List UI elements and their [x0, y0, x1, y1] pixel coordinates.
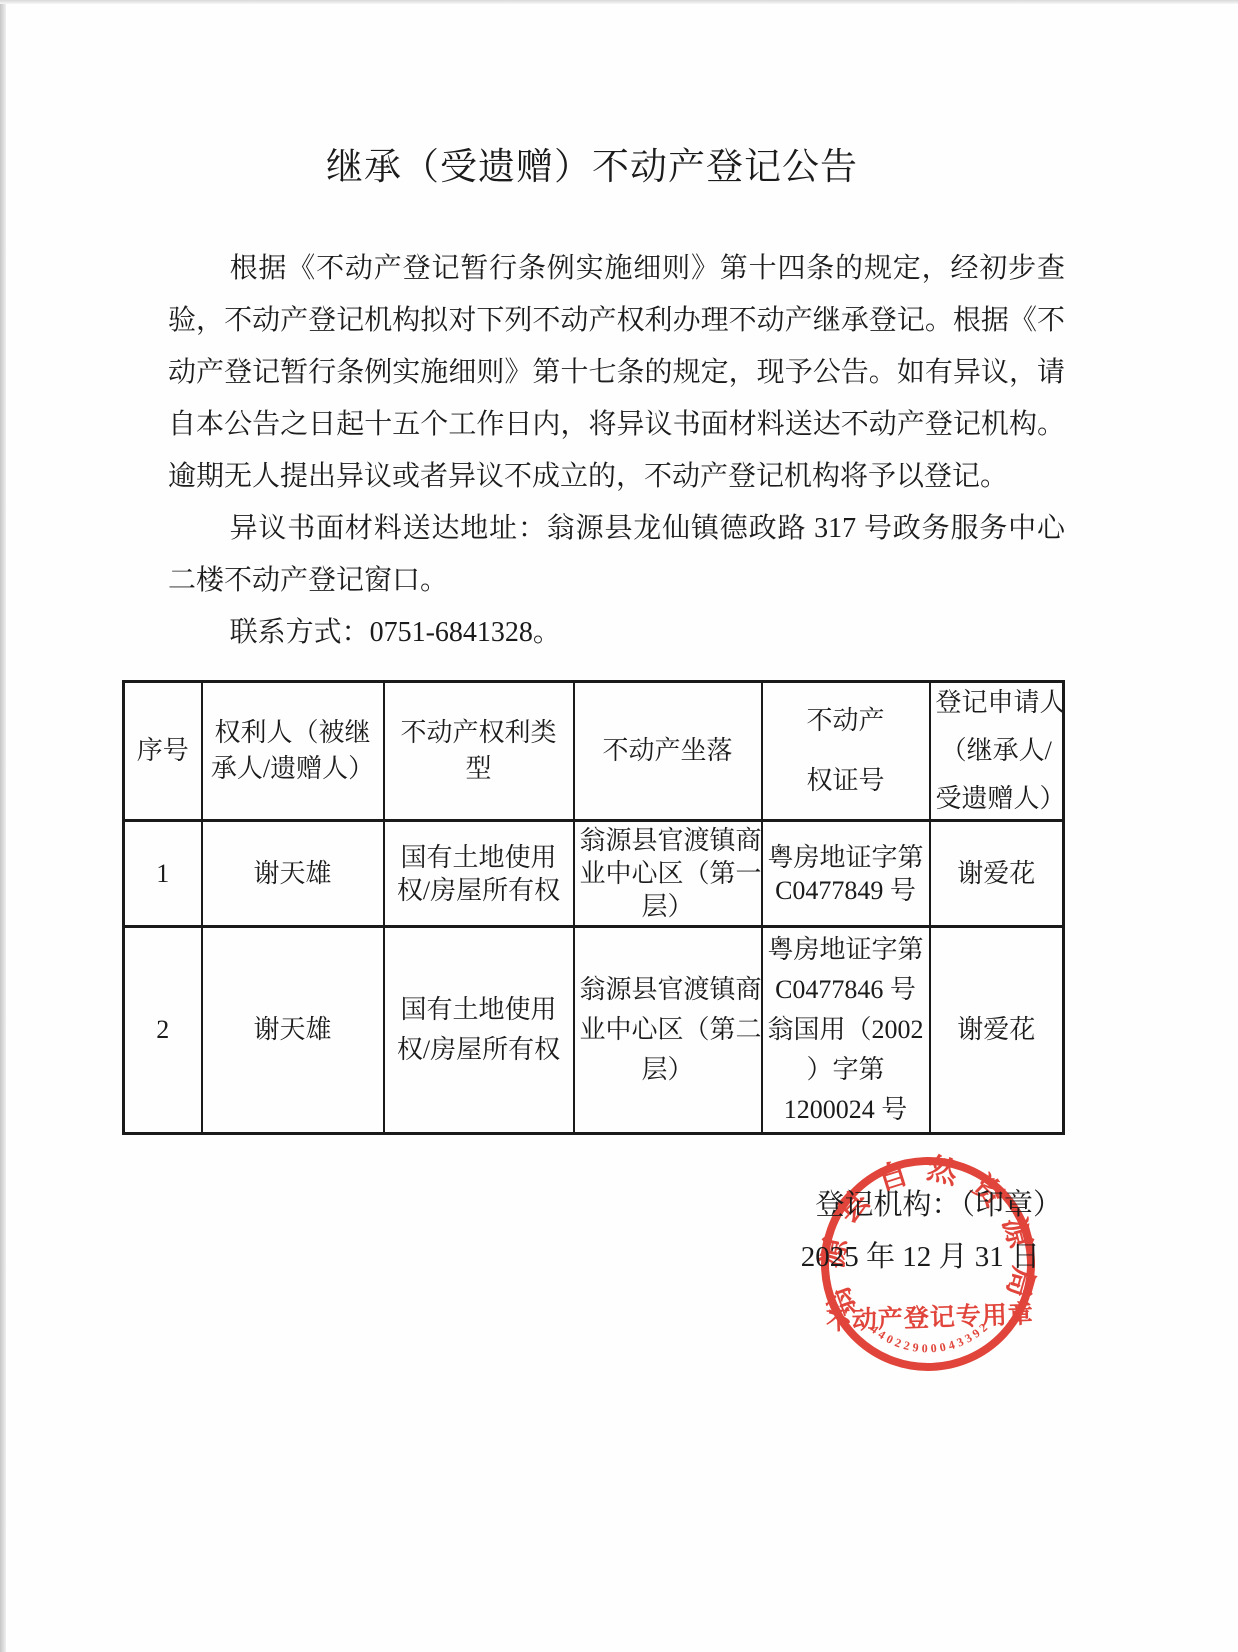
scan-edge-top	[0, 0, 1238, 4]
cell-right-type: 国有土地使用权/房屋所有权	[384, 927, 574, 1134]
announcement-date: 2025 年 12 月 31 日	[122, 1234, 1062, 1275]
cell-cert-number: 粤房地证字第C0477849 号	[762, 821, 930, 927]
paragraph-legal-basis: 根据《不动产登记暂行条例实施细则》第十四条的规定，经初步查验，不动产登记机构拟对…	[168, 243, 1065, 503]
cell-applicant: 谢爱花	[930, 927, 1064, 1134]
cell-index: 1	[124, 821, 202, 927]
cell-rightholder: 谢天雄	[202, 927, 384, 1134]
registration-table: 序号 权利人（被继承人/遗赠人） 不动产权利类型 不动产坐落 不动产权证号 登记…	[122, 680, 1065, 1135]
col-header-applicant: 登记申请人（继承人/受遗赠人）	[930, 682, 1064, 821]
announcement-document: 继承（受遗赠）不动产登记公告 根据《不动产登记暂行条例实施细则》第十四条的规定，…	[0, 0, 1238, 1652]
col-header-rightholder: 权利人（被继承人/遗赠人）	[202, 682, 384, 821]
registration-authority-line: 登记机构：（印章）	[122, 1182, 1062, 1223]
paragraph-contact-phone: 联系方式：0751-6841328。	[168, 607, 1065, 659]
table-row: 2 谢天雄 国有土地使用权/房屋所有权 翁源县官渡镇商业中心区（第二层） 粤房地…	[124, 927, 1064, 1134]
table-row: 1 谢天雄 国有土地使用权/房屋所有权 翁源县官渡镇商业中心区（第一层） 粤房地…	[124, 821, 1064, 927]
table-header-row: 序号 权利人（被继承人/遗赠人） 不动产权利类型 不动产坐落 不动产权证号 登记…	[124, 682, 1064, 821]
body-text: 根据《不动产登记暂行条例实施细则》第十四条的规定，经初步查验，不动产登记机构拟对…	[168, 243, 1065, 659]
cell-right-type: 国有土地使用权/房屋所有权	[384, 821, 574, 927]
cell-applicant: 谢爱花	[930, 821, 1064, 927]
page-title: 继承（受遗赠）不动产登记公告	[122, 136, 1062, 190]
col-header-location: 不动产坐落	[574, 682, 762, 821]
cell-index: 2	[124, 927, 202, 1134]
col-header-cert-number: 不动产权证号	[762, 682, 930, 821]
col-header-index: 序号	[124, 682, 202, 821]
paragraph-objection-address: 异议书面材料送达地址：翁源县龙仙镇德政路 317 号政务服务中心二楼不动产登记窗…	[168, 503, 1065, 607]
cell-location: 翁源县官渡镇商业中心区（第二层）	[574, 927, 762, 1134]
col-header-right-type: 不动产权利类型	[384, 682, 574, 821]
cell-location: 翁源县官渡镇商业中心区（第一层）	[574, 821, 762, 927]
scan-edge-left	[0, 0, 6, 1652]
cell-rightholder: 谢天雄	[202, 821, 384, 927]
cell-cert-number: 粤房地证字第C0477846 号翁国用（2002）字第1200024 号	[762, 927, 930, 1134]
